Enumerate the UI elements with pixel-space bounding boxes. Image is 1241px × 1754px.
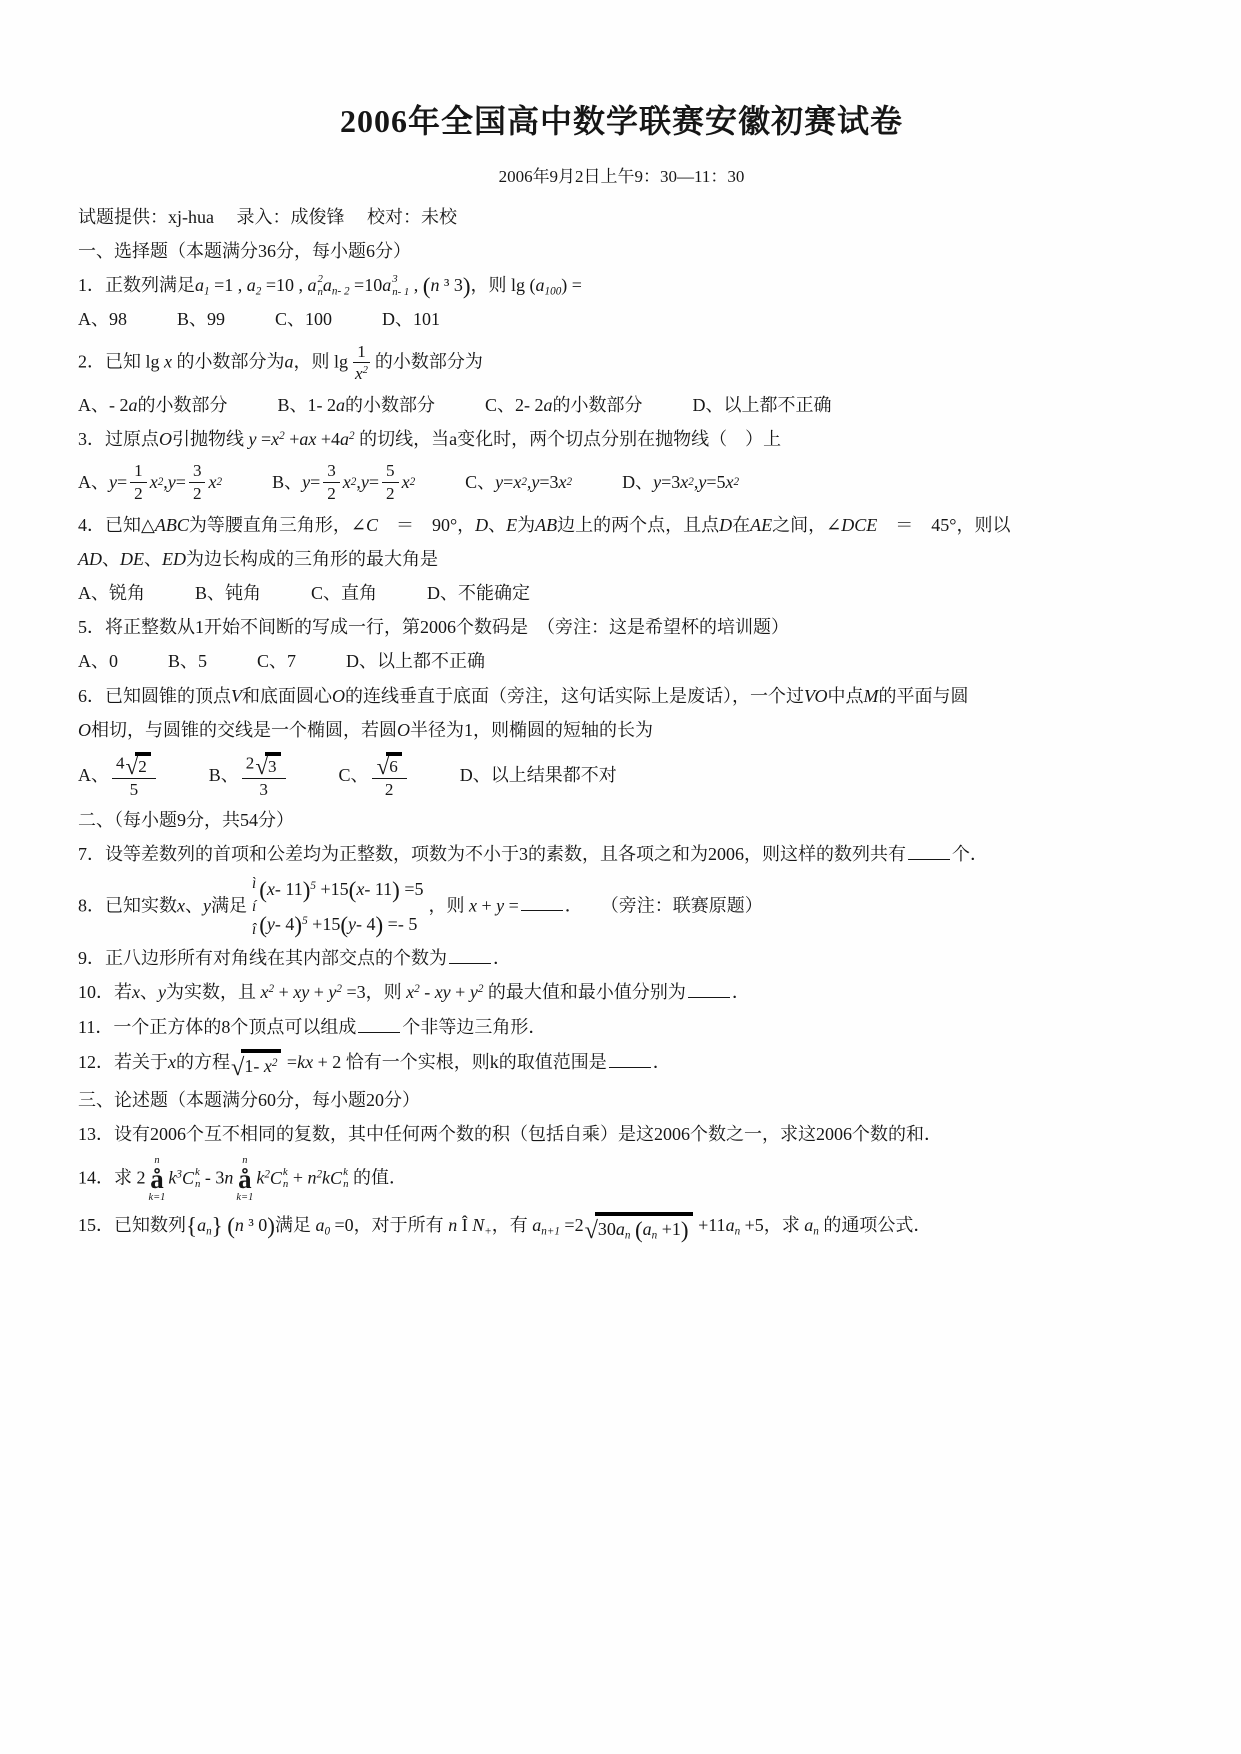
math-variable: ABC: [155, 515, 189, 535]
math-variable: a: [285, 351, 294, 371]
math-variable: x: [271, 429, 279, 449]
math-supsub: a3n- 1: [382, 273, 409, 298]
text-run: A、- 2: [78, 393, 129, 418]
question-9: 9．正八边形所有对角线在其内部交点的个数为．: [78, 946, 1165, 971]
text-run: =10: [350, 275, 383, 295]
math-variable: a: [340, 429, 349, 449]
text-run: 1: [134, 461, 143, 480]
math-radical: √30an (an +1): [585, 1212, 693, 1242]
text-run: =3: [539, 470, 558, 495]
math-variable: xy: [293, 982, 309, 1002]
system-equation-row: (y- 4)5 +15(y- 4) =- 5: [259, 912, 423, 937]
option-item: C、100: [275, 307, 332, 332]
math-fraction: 1x2: [351, 342, 372, 384]
math-variable: C: [330, 1166, 342, 1191]
option-item: C、2- 2a 的小数部分: [485, 393, 643, 418]
math-variable: x: [343, 470, 351, 495]
option-item: D、以上都不正确: [346, 649, 485, 674]
option-item: C、直角: [311, 581, 377, 606]
text-run: ，则 lg: [294, 351, 349, 371]
math-subscript: n- 1: [392, 286, 409, 298]
text-run: =5: [706, 470, 725, 495]
text-run: ，有: [492, 1215, 533, 1235]
text-run: 12．若关于: [78, 1052, 168, 1072]
question-3: 3．过原点O引抛物线 y =x2 +ax +4a2 的切线，当a变化时，两个切点…: [78, 427, 1165, 452]
fraction-numerator: 2√3: [242, 752, 286, 779]
math-fraction: 32: [189, 461, 206, 503]
math-delimiter: (: [635, 1216, 643, 1242]
text-run: 15．已知数列: [78, 1215, 186, 1235]
text-run: - 4: [356, 914, 376, 934]
question-13: 13．设有2006个互不相同的复数，其中任何两个数的积（包括自乘）是这2006个…: [78, 1122, 1165, 1147]
math-variable: xy: [435, 982, 451, 1002]
math-variable: a: [382, 273, 391, 298]
text-run: ) =: [561, 275, 582, 295]
text-run: 6: [389, 757, 398, 776]
math-variable: x: [132, 982, 140, 1002]
text-run: 3: [259, 780, 268, 799]
option-item: D、以上都不正确: [693, 393, 832, 418]
math-delimiter: (: [259, 876, 267, 902]
text-run: +1: [657, 1219, 681, 1239]
text-run: =: [504, 895, 519, 915]
math-superscript: 2: [363, 365, 368, 376]
text-run: 、: [102, 549, 120, 569]
text-run: 1: [357, 342, 366, 361]
exam-paper-page: 2006年全国高中数学联赛安徽初赛试卷 2006年9月2日上午9：30—11：3…: [0, 0, 1241, 1754]
text-run: 10．若: [78, 982, 132, 1002]
system-rows: (x- 11)5 +15(x- 11) =5(y- 4)5 +15(y- 4) …: [259, 877, 423, 937]
math-delimiter: ): [294, 911, 302, 937]
text-run: 2: [193, 484, 202, 503]
option-item: A、y =12x2 , y =32x2: [78, 461, 222, 503]
question-8: 8．已知实数x、y满足ìíî(x- 11)5 +15(x- 11) =5(y- …: [78, 877, 1165, 937]
text-run: 6．已知圆锥的顶点: [78, 686, 231, 706]
math-variable: x: [150, 470, 158, 495]
math-radical: √3: [255, 752, 280, 777]
text-run: C、: [465, 470, 495, 495]
text-run: 半径为1，则椭圆的短轴的长为: [410, 720, 653, 740]
math-delimiter: ): [392, 876, 400, 902]
brace-fragment: í: [252, 900, 256, 914]
math-subscript: n- 2: [332, 286, 350, 298]
document-date: 2006年9月2日上午9：30—11：30: [78, 162, 1165, 187]
math-fraction: 52: [382, 461, 399, 503]
text-run: +15: [308, 914, 341, 934]
math-radical: √2: [126, 752, 151, 777]
option-item: C、√62: [339, 752, 410, 799]
question-4-line-2: AD、DE、ED为边长构成的三角形的最大角是: [78, 547, 1165, 572]
math-variable: a: [643, 1219, 652, 1239]
text-run: 3: [327, 461, 336, 480]
math-variable: O: [159, 429, 172, 449]
text-run: 7．设等差数列的首项和公差均为正整数，项数为不小于3的素数，且各项之和为2006…: [78, 844, 906, 864]
text-run: 个非等边三角形．: [402, 1017, 546, 1037]
math-variable: a: [544, 393, 553, 418]
option-item: A、锐角: [78, 581, 145, 606]
text-run: ．: [653, 1052, 671, 1072]
text-run: 11．一个正方体的8个顶点可以组成: [78, 1017, 356, 1037]
question-10: 10．若x、y为实数，且 x2 + xy + y2 =3，则 x2 - xy +…: [78, 980, 1165, 1005]
text-run: +11: [694, 1215, 726, 1235]
text-run: B、钝角: [195, 581, 261, 606]
math-superscript: 2: [272, 1057, 278, 1069]
text-run: 、: [185, 895, 203, 915]
text-run: -: [420, 982, 435, 1002]
answer-blank: [609, 1050, 651, 1068]
question-4-options: A、锐角B、钝角C、直角D、不能确定: [78, 581, 1165, 606]
math-variable: y: [698, 470, 706, 495]
math-variable: a: [336, 393, 345, 418]
text-run: 中点: [827, 686, 863, 706]
text-run: A、: [78, 470, 109, 495]
question-2-options: A、- 2a 的小数部分B、1- 2a 的小数部分C、2- 2a 的小数部分D、…: [78, 393, 1165, 418]
section-3-heading: 三、论述题（本题满分60分，每小题20分）: [78, 1088, 1165, 1113]
option-item: D、不能确定: [427, 581, 530, 606]
text-run: D、以上都不正确: [346, 649, 485, 674]
text-run: 2: [138, 757, 147, 776]
radicand: 2: [135, 752, 151, 777]
option-item: D、y =3x2 , y =5x2: [622, 470, 739, 495]
math-superscript: 3: [392, 273, 409, 285]
option-item: C、y =x2 , y =3x2: [465, 470, 572, 495]
math-variable: x: [469, 895, 477, 915]
question-4-line-1: 4．已知△ABC为等腰直角三角形，∠C ＝ 90°，D、E为AB边上的两个点，且…: [78, 513, 1165, 538]
text-run: 3．过原点: [78, 429, 159, 449]
question-5-options: A、0B、5C、7D、以上都不正确: [78, 649, 1165, 674]
text-run: 边上的两个点，且点: [557, 515, 719, 535]
math-variable: y: [361, 470, 369, 495]
text-run: =: [282, 1052, 297, 1072]
text-run: ,: [409, 275, 423, 295]
math-delimiter: }: [212, 1212, 223, 1238]
text-run: Î: [457, 1215, 472, 1235]
math-variable: n: [224, 1168, 233, 1188]
math-variable: a: [616, 1219, 625, 1239]
summation-lower-limit: k=1: [149, 1193, 166, 1203]
text-run: 2．已知 lg: [78, 351, 164, 371]
text-run: B、: [272, 470, 302, 495]
text-run: 为等腰直角三角形，∠: [189, 515, 366, 535]
text-run: 3: [268, 757, 277, 776]
option-item: A、4√25: [78, 752, 159, 799]
text-run: B、99: [177, 307, 225, 332]
math-variable: y: [249, 429, 257, 449]
text-run: ＝ 45°，则以: [877, 515, 1010, 535]
text-run: =10 ,: [261, 275, 307, 295]
text-run: 2: [246, 753, 255, 772]
text-run: 的小数部分为: [172, 351, 285, 371]
text-run: 、: [488, 515, 506, 535]
math-fraction: 12: [130, 461, 147, 503]
math-supsub: Ckn: [330, 1166, 348, 1191]
question-6-line-2: O相切，与圆锥的交线是一个椭圆，若圆O半径为1，则椭圆的短轴的长为: [78, 718, 1165, 743]
math-variable: x: [355, 364, 363, 383]
math-variable: a: [726, 1215, 735, 1235]
math-summation: nåk=1: [149, 1156, 166, 1203]
text-run: 、: [140, 982, 158, 1002]
math-variable: a: [129, 393, 138, 418]
math-variable: kx: [297, 1052, 313, 1072]
math-variable: x: [680, 470, 688, 495]
math-delimiter: ): [681, 1216, 689, 1242]
text-run: B、5: [168, 649, 207, 674]
math-variable: DE: [120, 549, 144, 569]
text-run: 5: [130, 780, 139, 799]
summation-sign-icon: å: [150, 1167, 164, 1193]
math-variable: E: [506, 515, 517, 535]
text-run: 1-: [244, 1056, 264, 1076]
option-item: C、7: [257, 649, 296, 674]
text-run: =: [310, 470, 320, 495]
math-variable: x: [168, 1052, 176, 1072]
math-subscript: n: [625, 1229, 631, 1241]
math-variable: n: [235, 1215, 244, 1235]
option-item: B、钝角: [195, 581, 261, 606]
math-subscript: +: [484, 1226, 492, 1238]
question-6-options: A、4√25B、2√33C、√62D、以上结果都不对: [78, 752, 1165, 799]
math-radical: √6: [377, 752, 402, 777]
text-run: =: [176, 470, 186, 495]
text-run: 、: [144, 549, 162, 569]
question-3-options: A、y =12x2 , y =32x2B、y =32x2 , y =52x2C、…: [78, 461, 1165, 503]
math-variable: y: [267, 914, 275, 934]
fraction-numerator: 4√2: [112, 752, 156, 779]
math-equation-system: ìíî(x- 11)5 +15(x- 11) =5(y- 4)5 +15(y- …: [252, 877, 423, 937]
text-run: D、101: [382, 307, 440, 332]
text-run: 的小数部分为: [375, 351, 483, 371]
math-delimiter: (: [227, 1212, 235, 1238]
math-variable: y: [495, 470, 503, 495]
fraction-denominator: 5: [126, 779, 143, 800]
text-run: 的连线垂直于底面（旁注，这句话实际上是废话），一个过: [345, 686, 804, 706]
option-item: A、0: [78, 649, 118, 674]
math-variable: AD: [78, 549, 102, 569]
radicand: 6: [386, 752, 402, 777]
text-run: +: [274, 982, 293, 1002]
fraction-denominator: 2: [381, 779, 398, 800]
section-1-heading: 一、选择题（本题满分36分，每小题6分）: [78, 239, 1165, 264]
fraction-numerator: 3: [189, 461, 206, 483]
text-run: ³ 0: [244, 1215, 267, 1235]
text-run: - 11: [364, 879, 392, 899]
math-variable: y: [109, 470, 117, 495]
math-variable: y: [348, 914, 356, 934]
text-run: ．: [493, 948, 511, 968]
math-delimiter: ): [267, 1212, 275, 1238]
math-delimiter: (: [340, 911, 348, 937]
answer-blank: [908, 842, 950, 860]
fraction-numerator: 1: [353, 342, 370, 364]
text-run: 一、选择题（本题满分36分，每小题6分）: [78, 241, 411, 261]
option-item: D、101: [382, 307, 440, 332]
math-variable: x: [208, 470, 216, 495]
math-summation: nåk=1: [236, 1156, 253, 1203]
text-run: 二、（每小题9分，共54分）: [78, 810, 294, 830]
text-run: 为边长构成的三角形的最大角是: [186, 549, 438, 569]
math-variable: a: [536, 275, 545, 295]
text-run: 的小数部分: [553, 393, 643, 418]
fraction-numerator: 1: [130, 461, 147, 483]
text-run: +4: [316, 429, 340, 449]
question-11: 11．一个正方体的8个顶点可以组成个非等边三角形．: [78, 1015, 1165, 1040]
text-run: 满足: [211, 895, 247, 915]
text-run: - 4: [275, 914, 295, 934]
text-run: 1．正数列满足: [78, 275, 195, 295]
text-run: A、0: [78, 649, 118, 674]
fraction-denominator: 2: [323, 483, 340, 504]
text-run: C、100: [275, 307, 332, 332]
option-item: B、2√33: [209, 752, 289, 799]
text-run: A、锐角: [78, 581, 145, 606]
text-run: +: [477, 895, 496, 915]
section-2-heading: 二、（每小题9分，共54分）: [78, 808, 1165, 833]
text-run: 和底面圆心: [242, 686, 332, 706]
text-run: 的小数部分: [138, 393, 228, 418]
math-variable: x: [559, 470, 567, 495]
text-run: 个．: [952, 844, 988, 864]
answer-blank: [521, 893, 563, 911]
text-run: + 2 恰有一个实根，则k的取值范围是: [313, 1052, 607, 1072]
text-run: C、2- 2: [485, 393, 544, 418]
text-run: 9．正八边形所有对角线在其内部交点的个数为: [78, 948, 447, 968]
math-variable: ax: [299, 429, 316, 449]
text-run: D、以上都不正确: [693, 393, 832, 418]
math-variable: y: [531, 470, 539, 495]
text-run: 为实数，且: [166, 982, 261, 1002]
math-variable: ED: [162, 549, 186, 569]
question-6-line-1: 6．已知圆锥的顶点V和底面圆心O的连线垂直于底面（旁注，这句话实际上是废话），一…: [78, 684, 1165, 709]
text-run: 5: [386, 461, 395, 480]
math-variable: AE: [750, 515, 772, 535]
text-run: +15: [316, 879, 349, 899]
math-variable: M: [863, 686, 878, 706]
option-item: D、以上结果都不对: [460, 763, 617, 788]
math-delimiter: ): [463, 272, 471, 298]
math-variable: y: [203, 895, 211, 915]
math-variable: x: [177, 895, 185, 915]
math-variable: D: [475, 515, 488, 535]
text-run: - 3: [200, 1168, 224, 1188]
text-run: 满足: [275, 1215, 316, 1235]
text-run: =0，对于所有: [330, 1215, 448, 1235]
text-run: 在: [732, 515, 750, 535]
question-12: 12．若关于x的方程√1- x2 =kx + 2 恰有一个实根，则k的取值范围是…: [78, 1049, 1165, 1079]
fraction-denominator: x2: [351, 363, 372, 384]
question-1-options: A、98B、99C、100D、101: [78, 307, 1165, 332]
option-item: B、99: [177, 307, 225, 332]
math-variable: C: [270, 1166, 282, 1191]
fraction-denominator: 2: [130, 483, 147, 504]
text-run: =- 5: [383, 914, 417, 934]
option-item: B、1- 2a 的小数部分: [278, 393, 436, 418]
text-run: 三、论述题（本题满分60分，每小题20分）: [78, 1090, 420, 1110]
text-run: 2: [385, 780, 394, 799]
text-run: 2: [134, 484, 143, 503]
text-run: ＝ 90°，: [378, 515, 475, 535]
math-fraction: 2√33: [242, 752, 286, 799]
text-run: ，则: [428, 895, 469, 915]
text-run: C、直角: [311, 581, 377, 606]
math-variable: D: [719, 515, 732, 535]
text-run: =3: [661, 470, 680, 495]
system-equation-row: (x- 11)5 +15(x- 11) =5: [259, 877, 423, 902]
brace-fragment: ì: [252, 877, 256, 891]
math-variable: N: [472, 1215, 484, 1235]
math-variable: x: [264, 1056, 272, 1076]
math-variable: x: [513, 470, 521, 495]
fraction-denominator: 2: [189, 483, 206, 504]
text-run: 的切线，当a变化时，两个切点分别在抛物线（ ）上: [355, 429, 782, 449]
math-variable: V: [231, 686, 242, 706]
fraction-denominator: 2: [382, 483, 399, 504]
text-run: 之间，∠: [772, 515, 841, 535]
text-run: +: [285, 429, 300, 449]
answer-blank: [358, 1015, 400, 1033]
text-run: 3: [193, 461, 202, 480]
text-run: 的小数部分: [345, 393, 435, 418]
text-run: B、: [209, 763, 239, 788]
text-run: C、7: [257, 649, 296, 674]
text-run: 的值．: [348, 1168, 407, 1188]
math-variable: n: [448, 1215, 457, 1235]
math-variable: DCE: [841, 515, 877, 535]
math-variable: y: [158, 982, 166, 1002]
question-7: 7．设等差数列的首项和公差均为正整数，项数为不小于3的素数，且各项之和为2006…: [78, 842, 1165, 867]
math-subscript: n+1: [541, 1226, 560, 1238]
math-variable: a: [323, 275, 332, 295]
brace-fragment: î: [252, 923, 256, 937]
text-run: 14．求 2: [78, 1168, 146, 1188]
summation-sign-icon: å: [238, 1167, 252, 1193]
text-run: +: [309, 982, 328, 1002]
fraction-numerator: 5: [382, 461, 399, 483]
text-run: =: [503, 470, 513, 495]
math-supsub: Ckn: [182, 1166, 200, 1191]
math-fraction: 4√25: [112, 752, 156, 799]
text-run: ³ 3: [439, 275, 462, 295]
math-variable: y: [470, 982, 478, 1002]
text-run: +: [288, 1168, 307, 1188]
text-run: 为: [517, 515, 535, 535]
text-run: D、不能确定: [427, 581, 530, 606]
text-run: A、: [78, 763, 109, 788]
text-run: 引抛物线: [172, 429, 249, 449]
document-body: 一、选择题（本题满分36分，每小题6分）1．正数列满足a1 =1 , a2 =1…: [78, 239, 1165, 1242]
math-variable: a: [307, 273, 316, 298]
math-fraction: 32: [323, 461, 340, 503]
text-run: ，则 lg (: [471, 275, 536, 295]
system-brace-icon: ìíî: [252, 877, 256, 937]
question-1: 1．正数列满足a1 =1 , a2 =10 , a2nan- 2 =10a3n-…: [78, 273, 1165, 298]
document-title: 2006年全国高中数学联赛安徽初赛试卷: [78, 96, 1165, 142]
math-variable: x: [261, 982, 269, 1002]
text-run: =: [117, 470, 127, 495]
math-supsub: Ckn: [270, 1166, 288, 1191]
text-run: ．: [732, 982, 750, 1002]
math-variable: x: [726, 470, 734, 495]
option-item: B、5: [168, 649, 207, 674]
text-run: =2: [560, 1215, 584, 1235]
radicand: 1- x2: [241, 1049, 281, 1079]
math-variable: x: [267, 879, 275, 899]
text-run: 2: [327, 484, 336, 503]
math-variable: x: [406, 982, 414, 1002]
question-15: 15．已知数列{an} (n ³ 0)满足 a0 =0，对于所有 n Î N+，…: [78, 1212, 1165, 1242]
text-run: =5: [400, 879, 424, 899]
answer-blank: [688, 980, 730, 998]
text-run: 4．已知△: [78, 515, 155, 535]
